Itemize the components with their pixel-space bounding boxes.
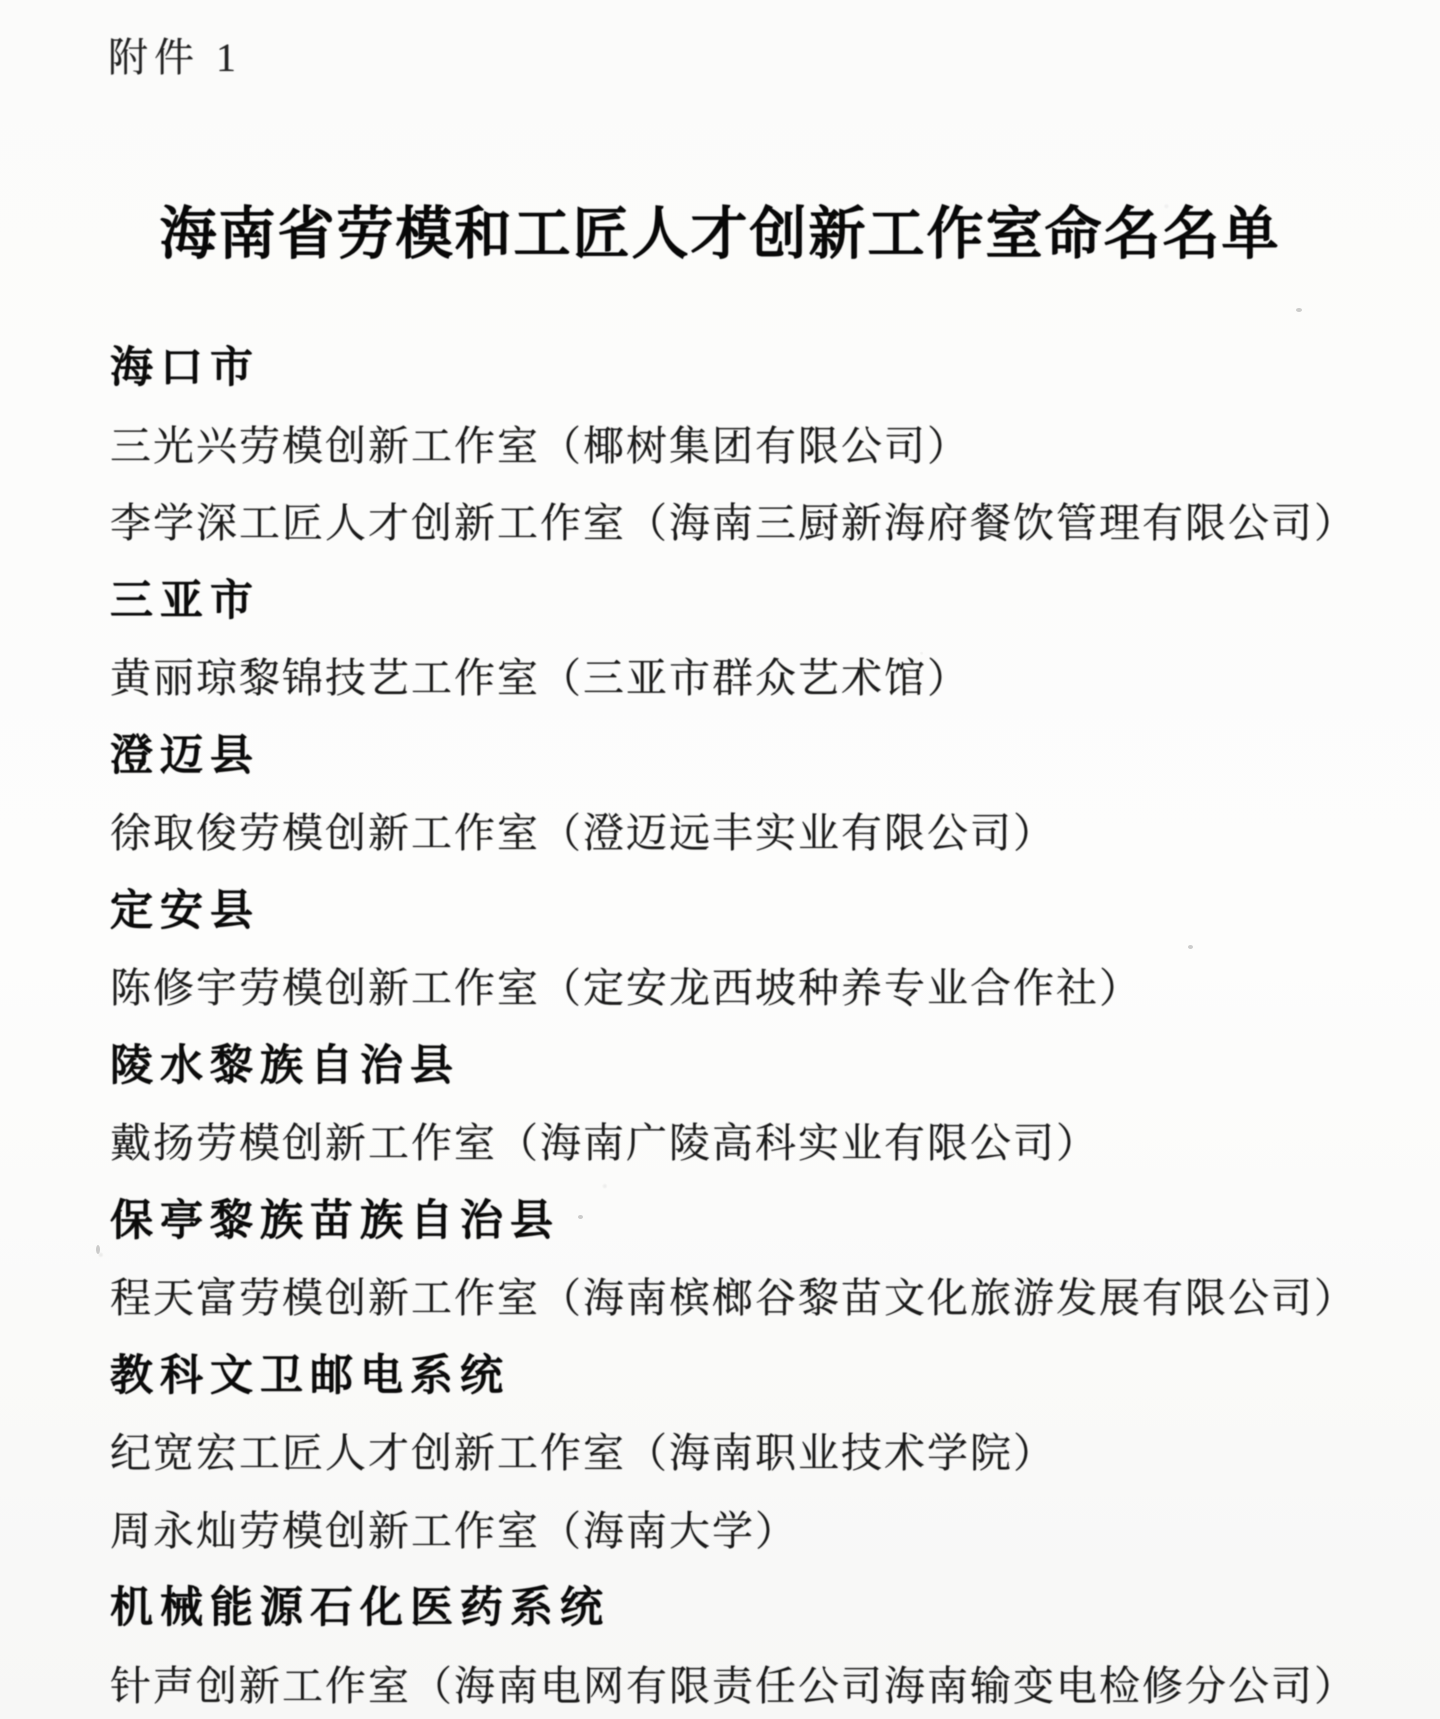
studio-entry: 陈修宇劳模创新工作室（定安龙西坡种养专业合作社） — [110, 950, 1380, 1028]
studio-entry: 李学深工匠人才创新工作室（海南三厨新海府餐饮管理有限公司） — [110, 485, 1380, 563]
section-heading: 陵水黎族自治县 — [110, 1028, 1380, 1106]
section-heading: 保亭黎族苗族自治县 — [110, 1183, 1380, 1261]
section-heading: 三亚市 — [110, 563, 1380, 641]
attachment-label: 附件 1 — [108, 26, 242, 83]
studio-entry: 周永灿劳模创新工作室（海南大学） — [110, 1493, 1380, 1571]
scan-speck — [96, 1245, 100, 1254]
section-heading: 机械能源石化医药系统 — [110, 1570, 1380, 1648]
studio-entry: 三光兴劳模创新工作室（椰树集团有限公司） — [110, 408, 1380, 486]
section-heading: 定安县 — [110, 873, 1380, 951]
studio-entry: 黄丽琼黎锦技艺工作室（三亚市群众艺术馆） — [110, 640, 1380, 718]
name-list: 海口市三光兴劳模创新工作室（椰树集团有限公司）李学深工匠人才创新工作室（海南三厨… — [110, 330, 1380, 1719]
studio-entry: 纪宽宏工匠人才创新工作室（海南职业技术学院） — [110, 1415, 1380, 1493]
document-title: 海南省劳模和工匠人才创新工作室命名名单 — [70, 188, 1370, 270]
studio-entry: 戴扬劳模创新工作室（海南广陵高科实业有限公司） — [110, 1105, 1380, 1183]
studio-entry: 徐取俊劳模创新工作室（澄迈远丰实业有限公司） — [110, 795, 1380, 873]
section-heading: 澄迈县 — [110, 718, 1380, 796]
scanned-document-page: 附件 1 海南省劳模和工匠人才创新工作室命名名单 海口市三光兴劳模创新工作室（椰… — [0, 0, 1440, 1719]
section-heading: 教科文卫邮电系统 — [110, 1338, 1380, 1416]
scan-speck — [1296, 308, 1302, 312]
studio-entry: 针声创新工作室（海南电网有限责任公司海南输变电检修分公司） — [110, 1648, 1380, 1719]
section-heading: 海口市 — [110, 330, 1380, 408]
studio-entry: 程天富劳模创新工作室（海南槟榔谷黎苗文化旅游发展有限公司） — [110, 1260, 1380, 1338]
